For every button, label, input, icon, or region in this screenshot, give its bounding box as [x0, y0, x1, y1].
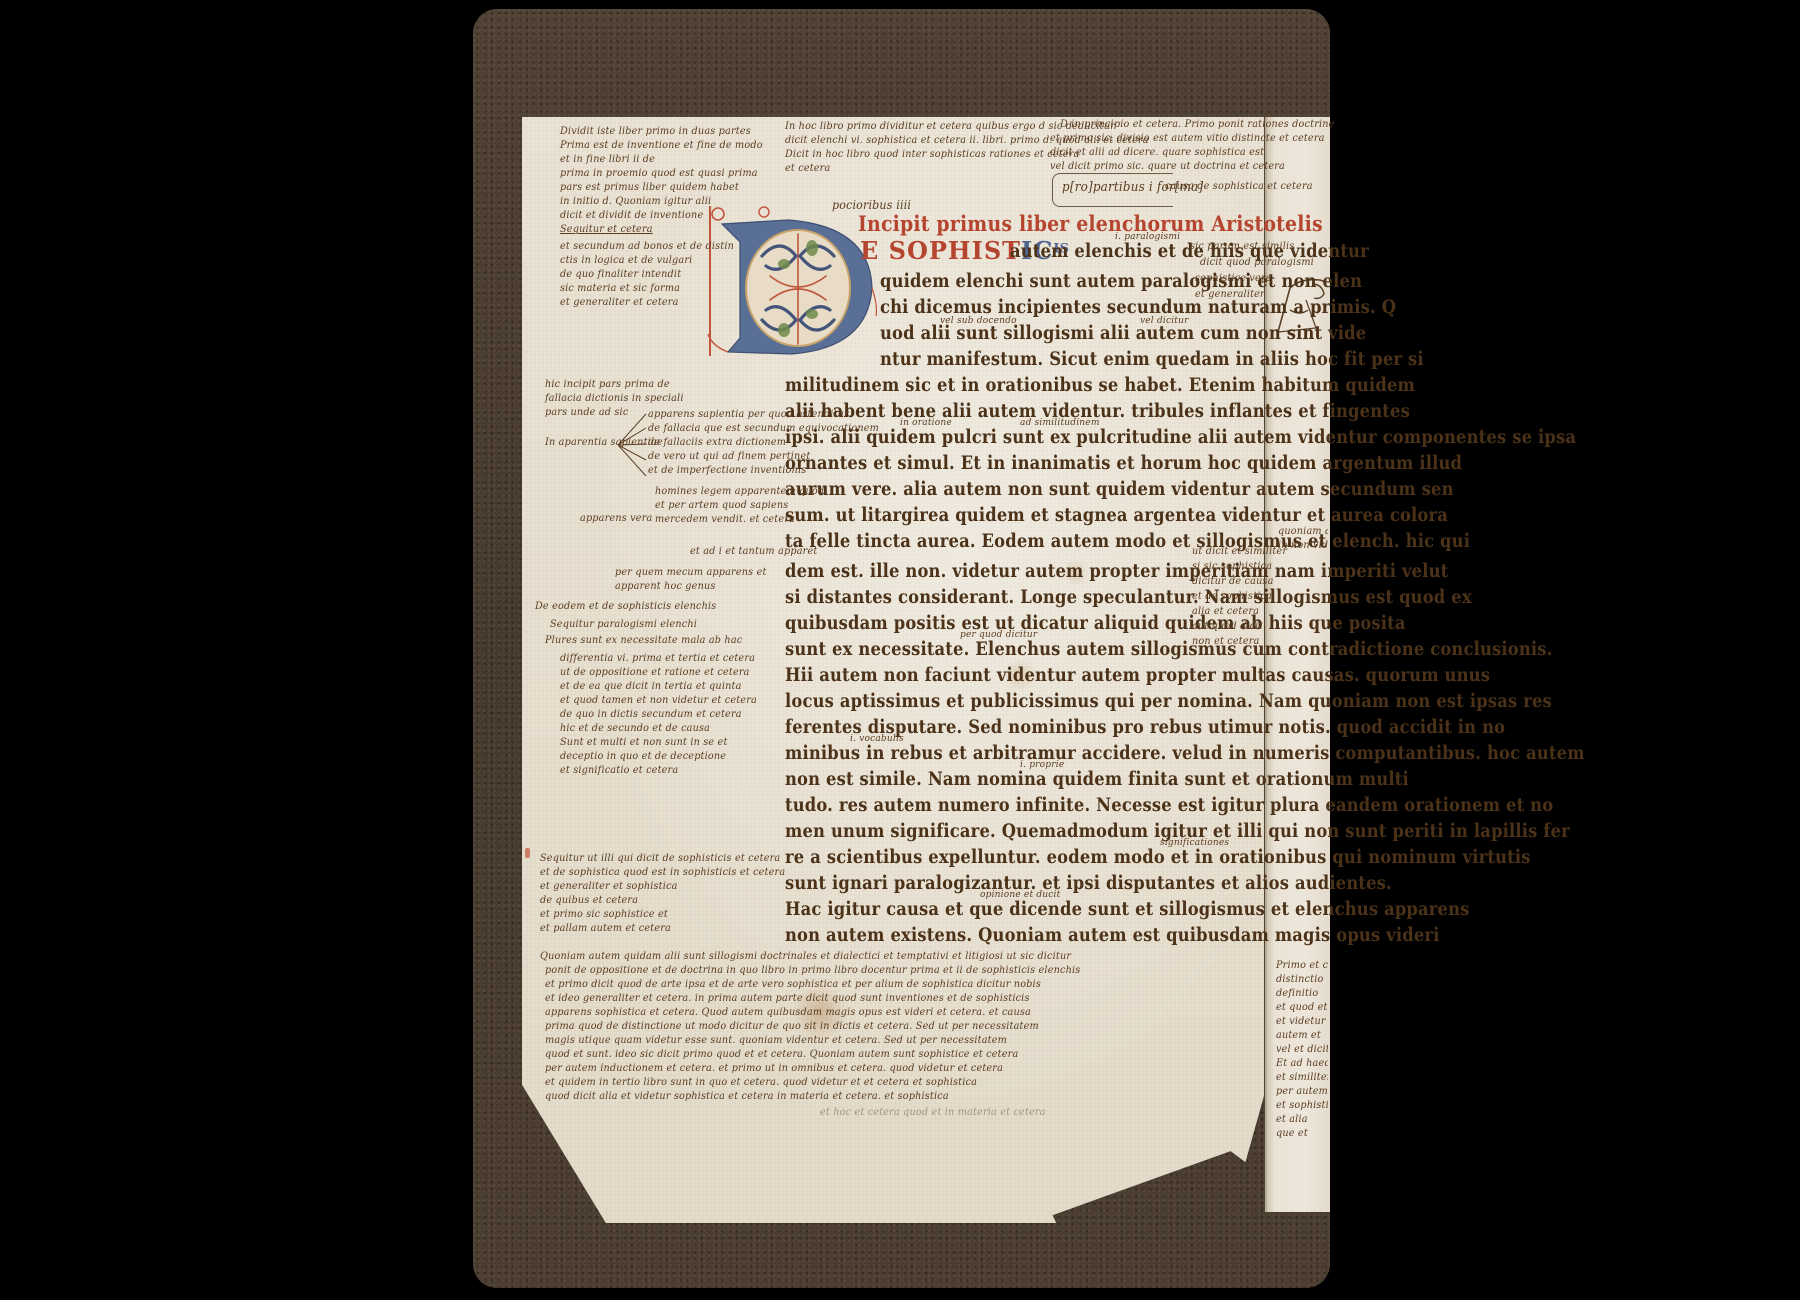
gloss-line: alia et cetera: [1192, 605, 1259, 617]
gloss-line: distinctio: [1276, 973, 1323, 985]
gloss-line: dicit et dividit de inventione: [560, 209, 703, 221]
gloss-line: hic incipit pars prima de: [545, 378, 670, 390]
gloss-line: Prima est de inventione et fine de modo: [560, 139, 763, 151]
gloss-line: non et cetera: [1192, 635, 1260, 647]
gloss-line: apparens sophistica et cetera. Quod aute…: [545, 1006, 1031, 1018]
gloss-line: prima quod de distinctione ut modo dicit…: [545, 1020, 1039, 1032]
interlinear-gloss: i. paralogismi: [1115, 232, 1180, 242]
gloss-line: fallacia dictionis in speciali: [545, 392, 684, 404]
gloss-line: Sequitur ut illi qui dicit de sophistici…: [540, 852, 780, 864]
gloss-line: quod dicit alia et videtur sophistica et…: [545, 1090, 949, 1102]
gloss-line: in initio d. Quoniam igitur alii: [560, 195, 711, 207]
main-line: ntur manifestum. Sicut enim quedam in al…: [880, 348, 1424, 370]
gloss-line: et alia: [1276, 1113, 1308, 1125]
gloss-line: vel dicit primo sic. quare ut doctrina e…: [1050, 160, 1285, 172]
gloss-line: et de sophistica quod est in sophisticis…: [540, 866, 785, 878]
top-note: pocioribus iiii: [832, 198, 911, 212]
gloss-line: autem et: [1276, 1029, 1321, 1041]
gloss-line: magis utique quam videtur esse sunt. quo…: [545, 1034, 1007, 1046]
gloss-line: sophistice vero: [1195, 272, 1272, 284]
title-caps-red: E SOPHIST: [860, 236, 1021, 265]
gloss-line: et quod tamen et non videtur et cetera: [560, 694, 757, 706]
gloss-line: Sequitur paralogismi elenchi: [550, 618, 697, 630]
main-line: Hii autem non faciunt videntur autem pro…: [785, 664, 1490, 686]
gloss-line: in non videtur: [1278, 539, 1328, 551]
gloss-line: ponit de oppositione et de doctrina in q…: [545, 964, 1080, 976]
gloss-line: pars unde ad sic: [545, 406, 628, 418]
gloss-line: Plures sunt ex necessitate mala ab hac: [545, 634, 742, 646]
gloss-line: et de sophistica: [1192, 590, 1272, 602]
bracket-lines-icon: [618, 410, 648, 480]
gloss-line: de quo in dictis secundum et cetera: [560, 708, 742, 720]
gloss-line: et primo sic sophistice et: [540, 908, 668, 920]
gloss-line: et similiter: [1276, 1071, 1328, 1083]
gloss-line: et pallam autem et cetera: [540, 922, 671, 934]
gloss-line: dicit et alii ad dicere. quare sophistic…: [1050, 146, 1264, 158]
gloss-line: Primo et cetera: [1276, 959, 1328, 971]
interlinear-gloss: vel dicitur: [1140, 316, 1189, 326]
gloss-line: et in fine libri ii de: [560, 153, 655, 165]
gloss-line: et per artem quod sapiens: [655, 499, 788, 511]
main-line: sunt ex necessitate. Elenchus autem sill…: [785, 638, 1553, 660]
main-line: aurum vere. alia autem non sunt quidem v…: [785, 478, 1454, 500]
gloss-line: de quibus et cetera: [540, 894, 638, 906]
faint-gloss-line: et hoc et cetera quod et in materia et c…: [820, 1106, 1046, 1118]
gloss-line: si sic sophistica: [1192, 560, 1272, 572]
rubric-heading: Incipit primus liber elenchorum Aristote…: [858, 211, 1323, 236]
interlinear-gloss: vel sub docendo: [940, 316, 1017, 326]
gloss-line: ut de oppositione et ratione et cetera: [560, 666, 750, 678]
gloss-note: apparens vera: [580, 512, 652, 524]
gloss-line: et generaliter et cetera: [560, 296, 679, 308]
gloss-line: et de imperfectione inventionis: [648, 464, 806, 476]
main-line: re a scientibus expelluntur. eodem modo …: [785, 846, 1531, 868]
interlinear-gloss: per quod dicitur: [960, 630, 1037, 640]
gloss-line: per autem inductionem et cetera. et prim…: [545, 1062, 1003, 1074]
gloss-line: et generaliter et sophistica: [540, 880, 678, 892]
main-line: Hac igitur causa et que dicende sunt et …: [785, 898, 1470, 920]
main-line: ta felle tincta aurea. Eodem autem modo …: [785, 530, 1470, 552]
main-line: dem est. ille non. videtur autem propter…: [785, 560, 1448, 582]
gloss-line: apparent hoc genus: [615, 580, 716, 592]
gloss-line: et ideo generaliter et cetera. in prima …: [545, 992, 1030, 1004]
interlinear-gloss: in oratione: [900, 418, 952, 428]
gloss-line: deceptio in quo et de deceptione: [560, 750, 726, 762]
gloss-line: et quod et: [1276, 1001, 1328, 1013]
gloss-line: et ad i et tantum apparet: [690, 545, 817, 557]
interlinear-gloss: significationes: [1160, 838, 1229, 848]
gloss-line: apparens sapientia per quod ostenditur: [648, 408, 849, 420]
gloss-line: Dividit iste liber primo in duas partes: [560, 125, 751, 137]
gloss-line: pars est primus liber quidem habet: [560, 181, 739, 193]
gloss-line: de fallaciis extra dictionem: [648, 436, 786, 448]
red-margin-mark: [525, 848, 530, 858]
gloss-line: quod et sunt. ideo sic dicit primo quod …: [545, 1048, 1018, 1060]
gloss-line: Quoniam autem quidam alii sunt sillogism…: [540, 950, 1071, 962]
interlinear-gloss: opinione et ducit: [980, 890, 1060, 900]
gloss-line: et primo dicit quod de arte ipsa et de a…: [545, 978, 1041, 990]
interlinear-gloss: i. proprie: [1020, 760, 1064, 770]
gloss-line: differentia vi. prima et tertia et ceter…: [560, 652, 755, 664]
illuminated-initial-d-icon: [700, 206, 880, 356]
gloss-line: definitio: [1276, 987, 1318, 999]
interlinear-gloss: i. vocabulis: [850, 734, 904, 744]
facing-strip-text: quoniam autem in in non videtur Primo et…: [1268, 117, 1328, 1212]
gloss-line: de vero ut qui ad finem pertinet: [648, 450, 810, 462]
gloss-line: Dicit in hoc libro quod inter sophistica…: [785, 148, 1079, 160]
main-line: non autem existens. Quoniam autem est qu…: [785, 924, 1440, 946]
gloss-line: per autem: [1276, 1085, 1328, 1097]
gloss-line: Sequitur et cetera: [560, 223, 653, 235]
main-line: tudo. res autem numero infinite. Necesse…: [785, 794, 1553, 816]
gloss-line: et significatio et cetera: [560, 764, 678, 776]
gloss-line: et de ea que dicit in tertia et quinta: [560, 680, 742, 692]
gloss-line: sic materia et sic forma: [560, 282, 680, 294]
gloss-line: mercedem vendit. et cetera: [655, 513, 795, 525]
main-line: minibus in rebus et arbitramur accidere.…: [785, 742, 1585, 764]
gloss-line: Sunt et multi et non sunt in se et: [560, 736, 728, 748]
gloss-line: aut quod dicit: [1192, 620, 1263, 632]
main-line: ipsi. alii quidem pulcri sunt ex pulcrit…: [785, 426, 1576, 448]
gloss-line: de quo finaliter intendit: [560, 268, 681, 280]
gloss-line: vel et dicit: [1276, 1043, 1328, 1055]
gloss-line: que et: [1276, 1127, 1308, 1139]
gloss-line: et videtur: [1276, 1015, 1326, 1027]
gloss-line: per quem mecum apparens et: [615, 566, 767, 578]
gloss-line: et quidem in tertio libro sunt in quo et…: [545, 1076, 977, 1088]
gloss-line: dicitur de causa: [1192, 575, 1274, 587]
main-line: sum. ut litargirea quidem et stagnea arg…: [785, 504, 1448, 526]
gloss-line: Et ad haec: [1276, 1057, 1328, 1069]
gloss-line: et cetera: [785, 162, 830, 174]
gloss-line: hic et de secundo et de causa: [560, 722, 710, 734]
gloss-line: De eodem et de sophisticis elenchis: [535, 600, 716, 612]
gloss-line: prima in proemio quod est quasi prima: [560, 167, 758, 179]
gloss-line: de fallacia que est secundum equivocatio…: [648, 422, 879, 434]
gloss-line: ctis in logica et de vulgari: [560, 254, 692, 266]
gloss-line: et sophistica: [1276, 1099, 1328, 1111]
gloss-line: et secundum ad bonos et de distin: [560, 240, 734, 252]
interlinear-gloss: ad similitudinem: [1020, 418, 1100, 428]
gloss-line: et generaliter: [1195, 288, 1265, 300]
main-line: ornantes et simul. Et in inanimatis et h…: [785, 452, 1462, 474]
gloss-line: quoniam autem in: [1278, 525, 1328, 537]
gloss-line: homines legem apparentem quod: [655, 485, 824, 497]
main-line: locus aptissimus et publicissimus qui pe…: [785, 690, 1552, 712]
main-line: si distantes considerant. Longe speculan…: [785, 586, 1472, 608]
